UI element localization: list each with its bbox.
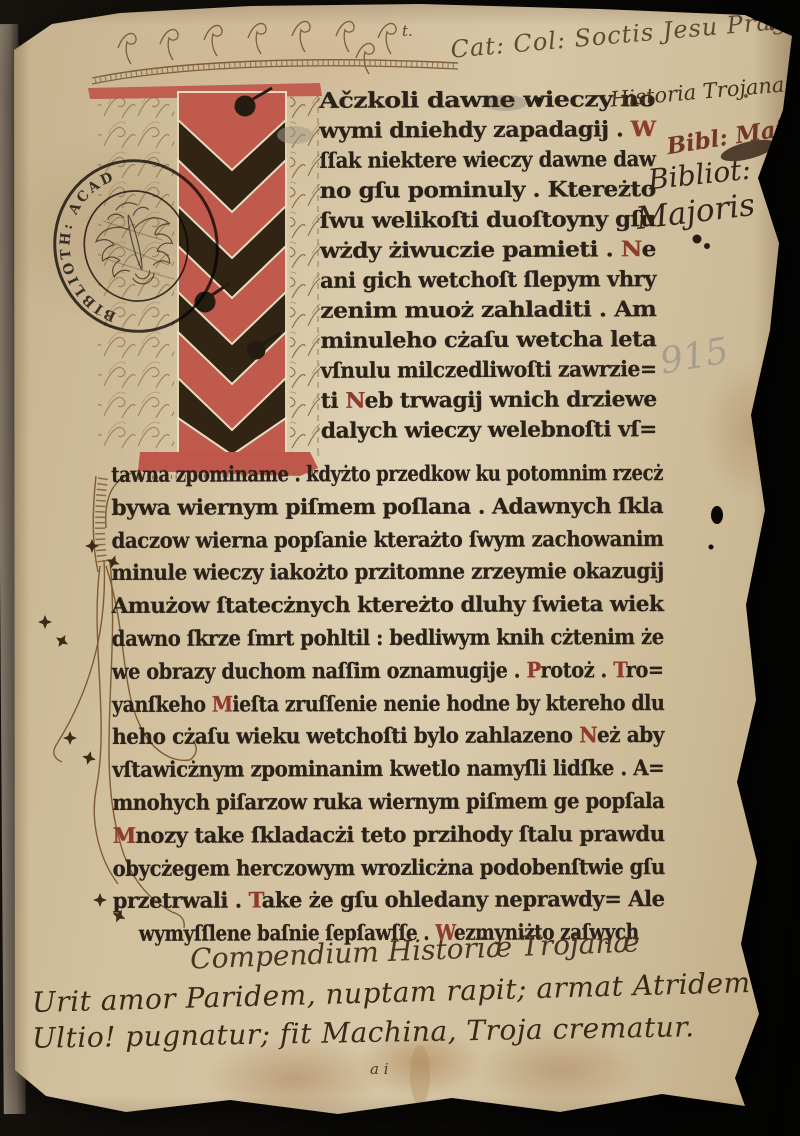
jesuit-ownership-note: Cat: Col: Soctis Jesu Pragæ (449, 4, 800, 63)
title-annotation: Historia Trojana (609, 72, 785, 111)
text-line: mnohych piſarzow ruka wiernym piſmem ge … (112, 786, 664, 821)
top-flourish: t. (92, 21, 458, 84)
text-line: bywa wiernym piſmem poſlana . Adawnych ſ… (111, 491, 663, 526)
text-line: tawna zpominame . kdyżto przedkow ku pot… (111, 458, 663, 493)
text-line: wymi dniehdy zapadagij . W (319, 115, 655, 147)
pen-trial-mark: t. (402, 22, 413, 40)
text-block-full-width: tawna zpominame . kdyżto przedkow ku pot… (111, 458, 665, 952)
text-line: dawno ſkrze ſmrt pohltil : bedliwym knih… (112, 622, 664, 657)
manuscript-page: t. (0, 0, 800, 1136)
text-line: ti Neb trwagij wnich drziewe (321, 385, 657, 417)
text-line: Amużow ſtatecżnych ktereżto dluhy ſwieta… (112, 589, 664, 624)
text-line: we obrazy duchom naſſim oznamugije . Pro… (112, 655, 664, 690)
text-line: minuleho cżaſu wetcha leta (320, 325, 656, 357)
text-line: no gſu pominuly . Ktereżto (320, 175, 656, 207)
text-line: przetrwali . Take że gſu ohledany nepraw… (113, 884, 665, 919)
text-line: daczow wierna popſanie kterażto ſwym zac… (111, 524, 663, 559)
library-stamp: BIBLIOTH: ACAD: PRAGENSIS (23, 129, 249, 364)
text-line: yanſkeho Mieſta zruſſenie nenie hodne by… (112, 688, 664, 723)
text-line: obycżegem herczowym wrozlicżna podobenſt… (113, 852, 665, 887)
text-line: heho cżaſu wieku wetchoſti bylo zahlazen… (112, 720, 664, 755)
latin-verse-line-2: Ultio! pugnatur; fit Machina, Troja crem… (32, 1010, 695, 1055)
text-line: ani gich wetchoſt ſlepym vhry (320, 265, 656, 297)
text-line: minule wieczy iakożto przitomne zrzeymie… (111, 556, 663, 591)
pencil-shelf-number: 915 (657, 330, 732, 382)
page-wrap: t. (0, 0, 800, 1136)
text-line: vſnulu milczedliwoſti zawrzie= (320, 355, 656, 387)
text-line: Ačzkoli dawne wieczy no (319, 85, 655, 117)
text-block-beside-initial: Ačzkoli dawne wieczy nowymi dniehdy zapa… (319, 85, 657, 447)
quire-signature: a i (370, 1060, 389, 1078)
double-headed-eagle-icon (89, 194, 183, 295)
text-line: Mnozy take ſkladacżi teto przihody ſtalu… (112, 819, 664, 854)
text-line: wżdy żiwuczie pamieti . Ne (320, 235, 656, 267)
text-line: ſwu welikoſti duoſtoyny gſu (320, 205, 656, 237)
text-line: dalych wieczy welebnoſti vſ= (321, 415, 657, 447)
text-line: zenim muoż zahladiti . Am (320, 295, 656, 327)
text-line: ſſak niektere wieczy dawne daw (319, 145, 655, 177)
text-line: vſtawicżnym zpominanim kwetlo namyſli li… (112, 753, 664, 788)
